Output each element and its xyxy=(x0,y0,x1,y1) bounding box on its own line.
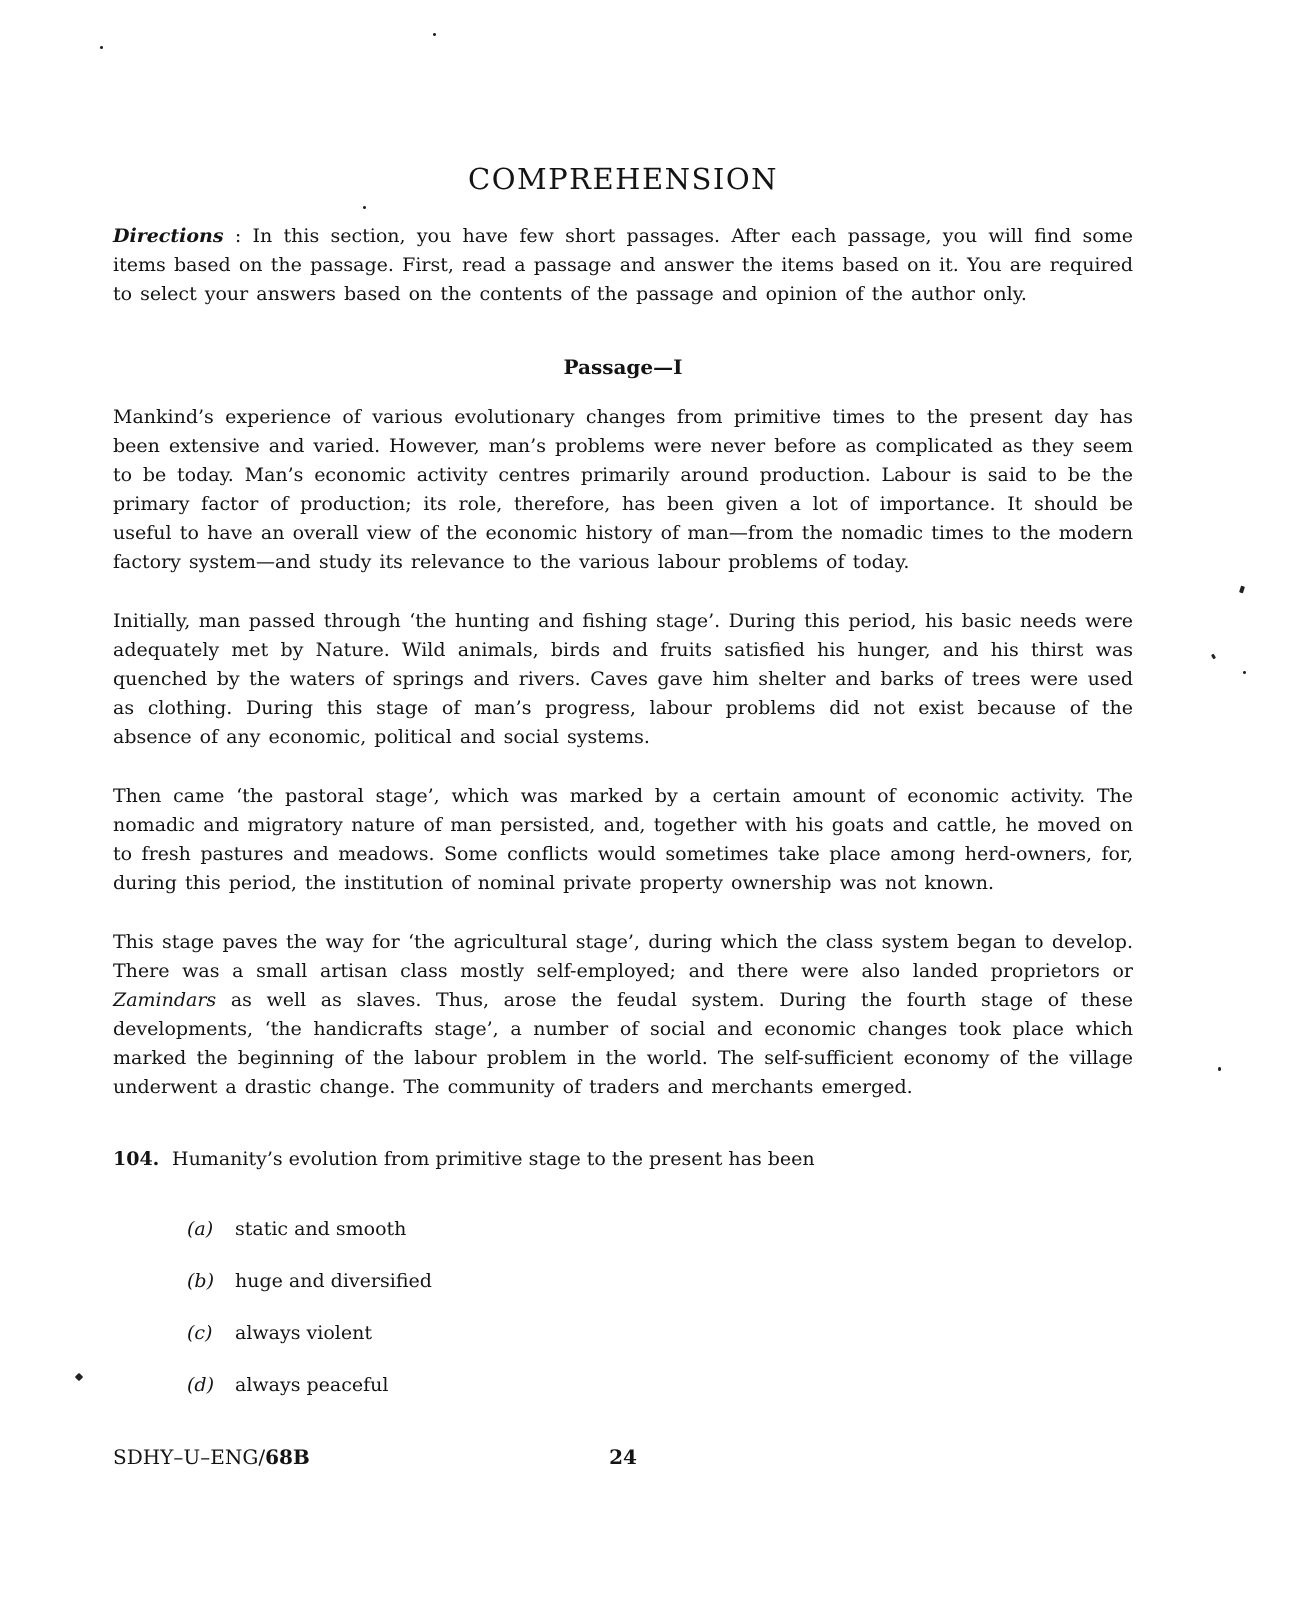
directions-label: Directions xyxy=(113,225,224,247)
option-c: (c) always violent xyxy=(113,1319,1133,1348)
option-b-text: huge and diversified xyxy=(235,1267,432,1296)
directions-paragraph: Directions : In this section, you have f… xyxy=(113,222,1133,309)
option-c-text: always violent xyxy=(235,1319,372,1348)
paragraph-4-text-end: as well as slaves. Thus, arose the feuda… xyxy=(113,989,1133,1098)
exam-page: COMPREHENSION Directions : In this secti… xyxy=(0,0,1290,1607)
option-a-text: static and smooth xyxy=(235,1215,406,1244)
passage-heading: Passage—I xyxy=(113,355,1133,379)
scan-artifact xyxy=(100,46,103,49)
directions-separator: : xyxy=(224,225,253,247)
zamindars-italic-term: Zamindars xyxy=(113,989,216,1011)
page-content: COMPREHENSION Directions : In this secti… xyxy=(0,163,1290,1400)
passage-paragraph-4: This stage paves the way for ‘the agricu… xyxy=(113,928,1133,1102)
booklet-code: SDHY–U–ENG/68B xyxy=(113,1443,310,1471)
question-text: Humanity’s evolution from primitive stag… xyxy=(172,1145,815,1174)
passage-paragraph-3: Then came ‘the pastoral stage’, which wa… xyxy=(113,782,1133,898)
option-d: (d) always peaceful xyxy=(113,1371,1133,1400)
option-d-letter: (d) xyxy=(187,1371,235,1400)
option-d-text: always peaceful xyxy=(235,1371,388,1400)
scan-artifact xyxy=(363,206,366,209)
scan-artifact xyxy=(433,33,436,36)
passage-paragraph-2: Initially, man passed through ‘the hunti… xyxy=(113,607,1133,752)
option-b: (b) huge and diversified xyxy=(113,1267,1133,1296)
directions-text: In this section, you have few short pass… xyxy=(113,225,1133,305)
page-title: COMPREHENSION xyxy=(113,163,1133,195)
passage-paragraph-1: Mankind’s experience of various evolutio… xyxy=(113,403,1133,577)
page-footer: SDHY–U–ENG/68B 24 xyxy=(113,1443,1133,1471)
booklet-code-bold: 68B xyxy=(265,1445,310,1469)
booklet-code-regular: SDHY–U–ENG/ xyxy=(113,1445,265,1469)
question-104: 104. Humanity’s evolution from primitive… xyxy=(113,1145,1133,1174)
paragraph-4-text-start: This stage paves the way for ‘the agricu… xyxy=(113,931,1133,982)
scan-artifact xyxy=(1243,671,1246,674)
option-a-letter: (a) xyxy=(187,1215,235,1244)
question-number: 104. xyxy=(113,1145,172,1174)
option-b-letter: (b) xyxy=(187,1267,235,1296)
scan-artifact xyxy=(1218,1067,1221,1071)
option-a: (a) static and smooth xyxy=(113,1215,1133,1244)
option-c-letter: (c) xyxy=(187,1319,235,1348)
